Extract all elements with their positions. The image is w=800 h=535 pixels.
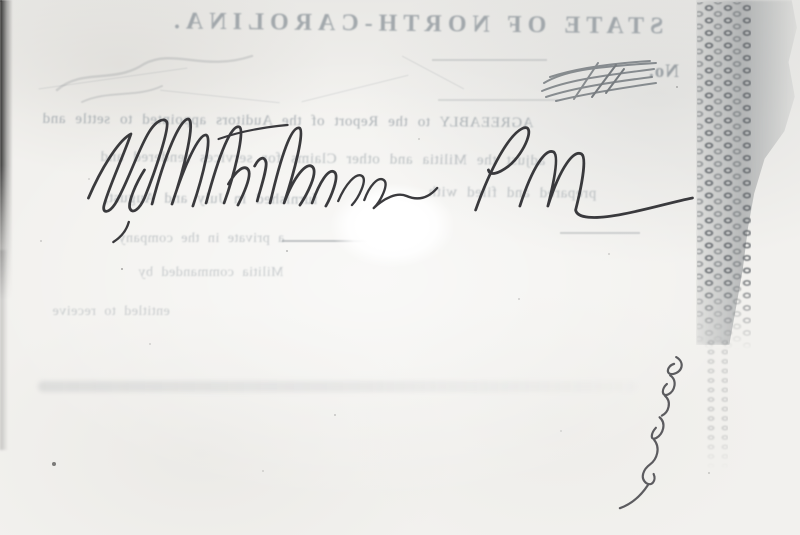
pencil-stroke bbox=[82, 86, 162, 102]
margin-note-handwriting bbox=[605, 344, 720, 524]
bleed-title: STATE OF NORTH-CAROLINA. bbox=[168, 8, 664, 40]
signature-stroke bbox=[476, 128, 530, 210]
note-stroke bbox=[662, 396, 670, 417]
pencil-squiggle bbox=[52, 42, 262, 112]
bleed-line-entitled: entitled to receive bbox=[52, 304, 170, 320]
signature-stroke bbox=[338, 175, 438, 208]
signature-handwriting bbox=[77, 106, 709, 246]
signature-stroke bbox=[206, 127, 269, 205]
signature-stroke bbox=[519, 151, 696, 217]
note-stroke bbox=[667, 356, 682, 375]
chain-border-pattern bbox=[697, 2, 751, 350]
signature-stroke bbox=[113, 222, 128, 242]
note-stroke bbox=[642, 439, 661, 485]
scratch-mark bbox=[302, 75, 409, 103]
paper-specks bbox=[0, 0, 2, 2]
note-stroke bbox=[651, 417, 664, 440]
note-stroke bbox=[662, 375, 676, 396]
form-rule-line bbox=[432, 59, 547, 61]
scan-edge-shadow-lower bbox=[0, 250, 8, 450]
scribble-stroke bbox=[592, 65, 616, 97]
bleed-line-militia: Militia commanded by bbox=[138, 265, 284, 281]
scribbled-number bbox=[540, 53, 660, 107]
note-stroke bbox=[620, 481, 648, 511]
faint-text-smudge bbox=[38, 381, 638, 392]
signature-stroke bbox=[88, 120, 168, 212]
scanned-document: STATE OF NORTH-CAROLINA. No. AGREEABLY t… bbox=[0, 0, 800, 535]
signature-stroke bbox=[152, 119, 210, 206]
signature-stroke bbox=[270, 128, 340, 206]
pencil-stroke bbox=[57, 56, 252, 90]
scratch-mark bbox=[402, 56, 464, 90]
